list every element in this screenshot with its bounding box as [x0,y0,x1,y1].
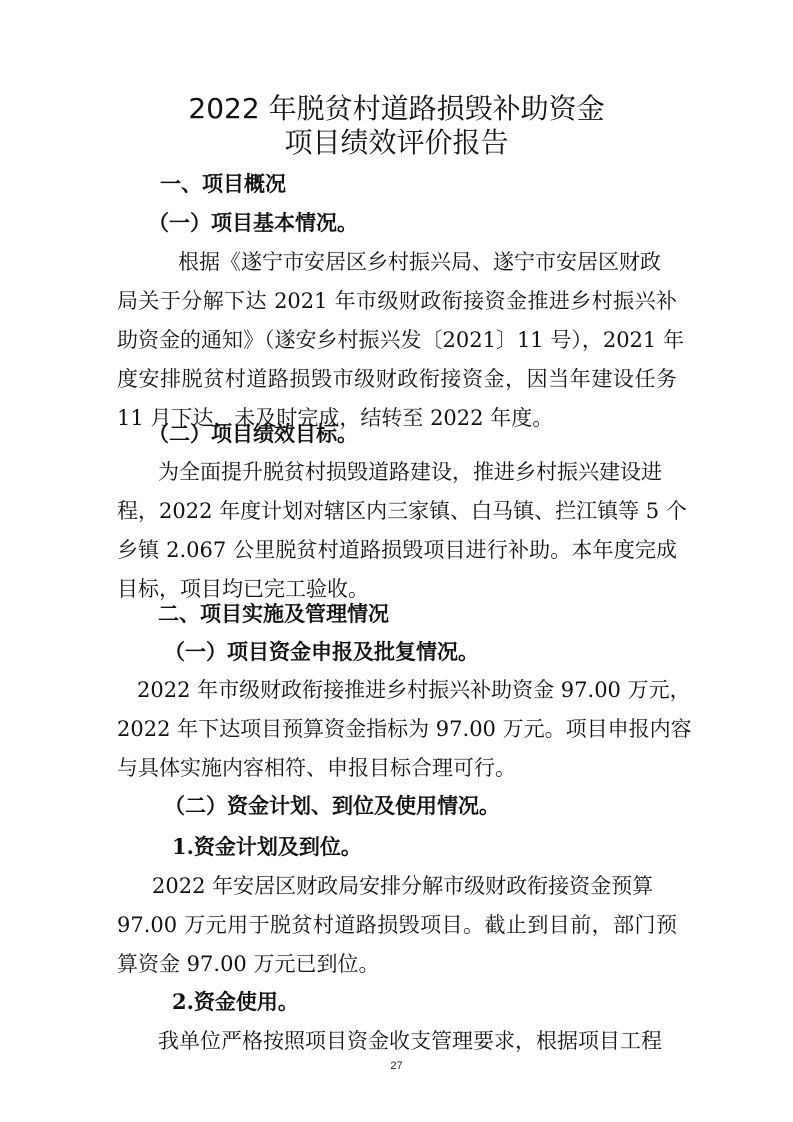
paragraph-line: 2022 年下达项目预算资金指标为 97.00 万元。项目申报内容 [117,715,677,743]
item1-heading: 1.资金计划及到位。 [172,833,362,861]
section1-sub2-heading: （二）项目绩效目标。 [148,420,358,448]
document-page: 2022 年脱贫村道路损毁补助资金 项目绩效评价报告 一、项目概况 （一）项目基… [0,0,793,1122]
page-number: 27 [0,1060,793,1072]
document-title-line1: 2022 年脱贫村道路损毁补助资金 [0,92,793,126]
section1-heading: 一、项目概况 [160,170,286,198]
paragraph-line: 目标，项目均已完工验收。 [117,575,369,603]
section2-sub2-heading: （二）资金计划、到位及使用情况。 [164,792,500,820]
paragraph-line: 程，2022 年度计划对辖区内三家镇、白马镇、拦江镇等 5 个 [117,497,677,525]
document-title-line2: 项目绩效评价报告 [0,126,793,160]
paragraph-line: 97.00 万元用于脱贫村道路损毁项目。截止到目前，部门预 [117,911,677,939]
paragraph-line: 乡镇 2.067 公里脱贫村道路损毁项目进行补助。本年度完成 [117,536,677,564]
paragraph-line: 2022 年安居区财政局安排分解市级财政衔接资金预算 [152,872,653,900]
item2-heading: 2.资金使用。 [172,988,299,1016]
paragraph-line: 我单位严格按照项目资金收支管理要求，根据项目工程 [158,1027,662,1055]
section2-heading: 二、项目实施及管理情况 [158,600,389,628]
paragraph-line: 度安排脱贫村道路损毁市级财政衔接资金，因当年建设任务 [117,365,677,393]
paragraph-line: 根据《遂宁市安居区乡村振兴局、遂宁市安居区财政 [178,248,661,276]
paragraph-line: 与具体实施内容相符、申报目标合理可行。 [117,754,516,782]
paragraph-line: 算资金 97.00 万元已到位。 [117,950,379,978]
paragraph-line: 局关于分解下达 2021 年市级财政衔接资金推进乡村振兴补 [117,287,677,315]
paragraph-line: 助资金的通知》（遂安乡村振兴发〔2021〕11 号），2021 年 [117,326,677,354]
section2-sub1-heading: （一）项目资金申报及批复情况。 [164,638,479,666]
paragraph-line: 2022 年市级财政衔接推进乡村振兴补助资金 97.00 万元， [137,676,691,704]
section1-sub1-heading: （一）项目基本情况。 [148,209,358,237]
paragraph-line: 为全面提升脱贫村损毁道路建设，推进乡村振兴建设进 [158,458,662,486]
